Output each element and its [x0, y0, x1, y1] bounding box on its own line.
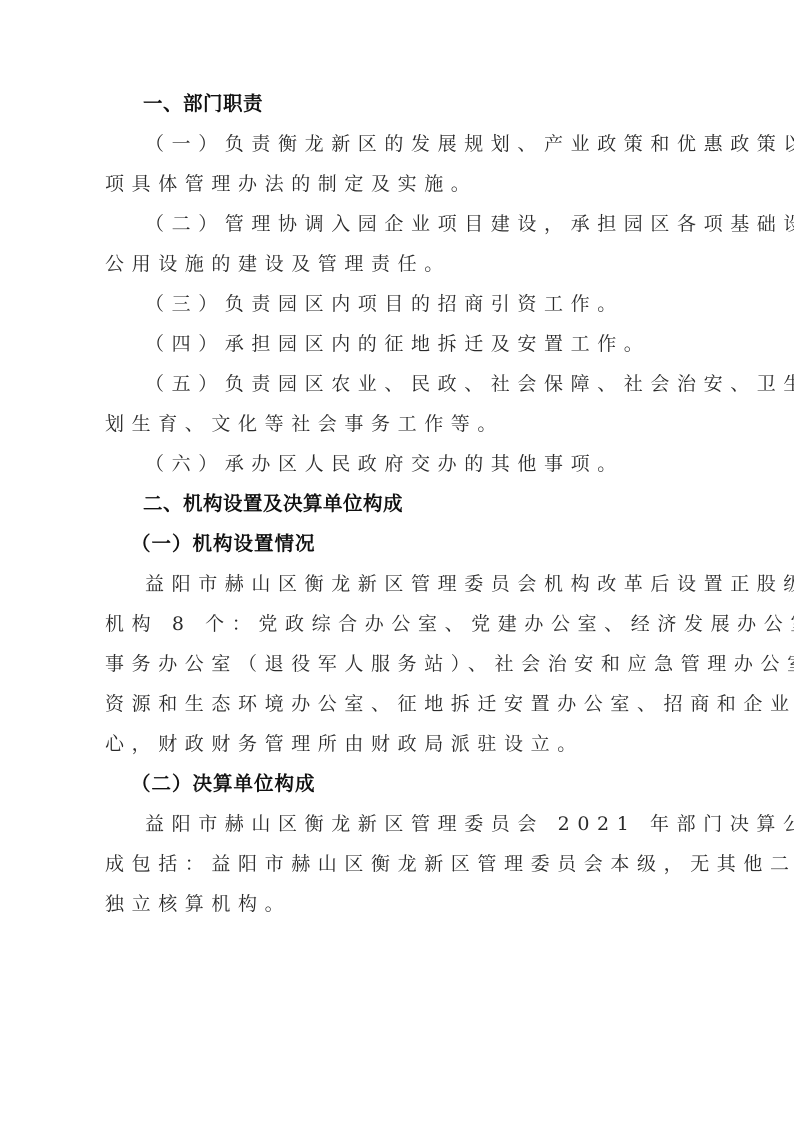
org-setup-line-3: 事务办公室（退役军人服务站）、社会治安和应急管理办公室、自然: [105, 644, 695, 684]
document-page: 一、部门职责 （一）负责衡龙新区的发展规划、产业政策和优惠政策以及各 项具体管理…: [0, 0, 794, 1122]
subheading-organization-setup: （一）机构设置情况: [105, 524, 695, 564]
subheading-accounting-units: （二）决算单位构成: [105, 764, 695, 804]
section-heading-organization: 二、机构设置及决算单位构成: [105, 484, 695, 524]
duty-item-2-line-1: （二）管理协调入园企业项目建设，承担园区各项基础设施、: [105, 204, 695, 244]
accounting-units-line-3: 独立核算机构。: [105, 884, 695, 924]
duty-item-5-line-2: 划生育、文化等社会事务工作等。: [105, 404, 695, 444]
duty-item-1-line-2: 项具体管理办法的制定及实施。: [105, 164, 695, 204]
duty-item-4: （四）承担园区内的征地拆迁及安置工作。: [105, 324, 695, 364]
org-setup-line-4: 资源和生态环境办公室、征地拆迁安置办公室、招商和企业服务中: [105, 684, 695, 724]
org-setup-line-1: 益阳市赫山区衡龙新区管理委员会机构改革后设置正股级内设: [105, 564, 695, 604]
section-heading-department-duties: 一、部门职责: [105, 84, 695, 124]
accounting-units-line-1: 益阳市赫山区衡龙新区管理委员会 2021 年部门决算公开单位构: [105, 804, 695, 844]
accounting-units-line-2: 成包括：益阳市赫山区衡龙新区管理委员会本级，无其他二级财务: [105, 844, 695, 884]
document-body: 一、部门职责 （一）负责衡龙新区的发展规划、产业政策和优惠政策以及各 项具体管理…: [105, 84, 695, 924]
org-setup-line-2: 机构 8 个：党政综合办公室、党建办公室、经济发展办公室、社会: [105, 604, 695, 644]
org-setup-line-5: 心，财政财务管理所由财政局派驻设立。: [105, 724, 695, 764]
duty-item-1-line-1: （一）负责衡龙新区的发展规划、产业政策和优惠政策以及各: [105, 124, 695, 164]
duty-item-5-line-1: （五）负责园区农业、民政、社会保障、社会治安、卫生和计: [105, 364, 695, 404]
duty-item-2-line-2: 公用设施的建设及管理责任。: [105, 244, 695, 284]
duty-item-3: （三）负责园区内项目的招商引资工作。: [105, 284, 695, 324]
duty-item-6: （六）承办区人民政府交办的其他事项。: [105, 444, 695, 484]
